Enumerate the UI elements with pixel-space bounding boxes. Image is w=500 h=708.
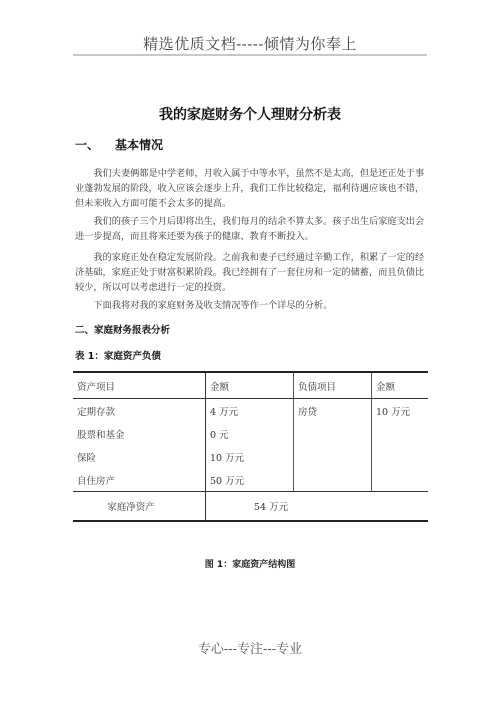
paragraph-4: 下面我将对我的家庭财务及收支情况等作一个详尽的分析。 [75, 298, 427, 313]
balance-sheet-table: 资产项目 金额 负债项目 金额 定期存款 4 万元 房贷 10 万元 股票和基金… [73, 371, 428, 522]
liability-name [294, 445, 372, 468]
asset-name: 保险 [73, 445, 206, 468]
figure-caption: 图 1：家庭资产结构图 [0, 557, 500, 570]
section-number: 一、 [75, 138, 99, 152]
section-heading-financial-analysis: 二、家庭财务报表分析 [75, 322, 170, 336]
section-title: 基本情况 [115, 138, 163, 152]
net-assets-label: 家庭净资产 [73, 492, 206, 522]
table-header-row: 资产项目 金额 负债项目 金额 [73, 372, 428, 399]
liability-amount [372, 468, 429, 492]
liability-amount [372, 422, 429, 445]
header-asset-item: 资产项目 [73, 372, 206, 399]
page-footer: 专心---专注---专业 [0, 638, 500, 657]
header-liability-item: 负债项目 [294, 372, 372, 399]
asset-amount: 0 元 [206, 422, 294, 445]
asset-name: 股票和基金 [73, 422, 206, 445]
liability-amount [372, 445, 429, 468]
asset-name: 定期存款 [73, 399, 206, 423]
header-amount: 金额 [372, 372, 429, 399]
section-heading-basic-info: 一、基本情况 [75, 136, 163, 153]
asset-amount: 50 万元 [206, 468, 294, 492]
table-row: 股票和基金 0 元 [73, 422, 428, 445]
asset-amount: 10 万元 [206, 445, 294, 468]
table-caption: 表 1：家庭资产负债 [75, 348, 161, 362]
paragraph-3: 我的家庭正处在稳定发展阶段。之前我和妻子已经通过辛勤工作，积累了一定的经济基础，… [75, 250, 427, 295]
page-header: 精选优质文档-----倾情为你奉上 [0, 33, 500, 54]
header-amount: 金额 [206, 372, 294, 399]
header-divider [73, 54, 427, 56]
net-assets-value: 54 万元 [206, 492, 429, 522]
net-assets-row: 家庭净资产 54 万元 [73, 492, 428, 522]
table-row: 自住房产 50 万元 [73, 468, 428, 492]
paragraph-1: 我们夫妻俩都是中学老师，月收入属于中等水平，虽然不是太高，但是还正处于事业蓬勃发… [75, 166, 427, 211]
liability-amount: 10 万元 [372, 399, 429, 423]
liability-name [294, 468, 372, 492]
table-row: 定期存款 4 万元 房贷 10 万元 [73, 399, 428, 423]
liability-name [294, 422, 372, 445]
asset-name: 自住房产 [73, 468, 206, 492]
paragraph-2: 我们的孩子三个月后即将出生，我们每月的结余不算太多。孩子出生后家庭支出会进一步提… [75, 214, 427, 244]
liability-name: 房贷 [294, 399, 372, 423]
table-row: 保险 10 万元 [73, 445, 428, 468]
document-title: 我的家庭财务个人理财分析表 [0, 104, 500, 124]
asset-amount: 4 万元 [206, 399, 294, 423]
